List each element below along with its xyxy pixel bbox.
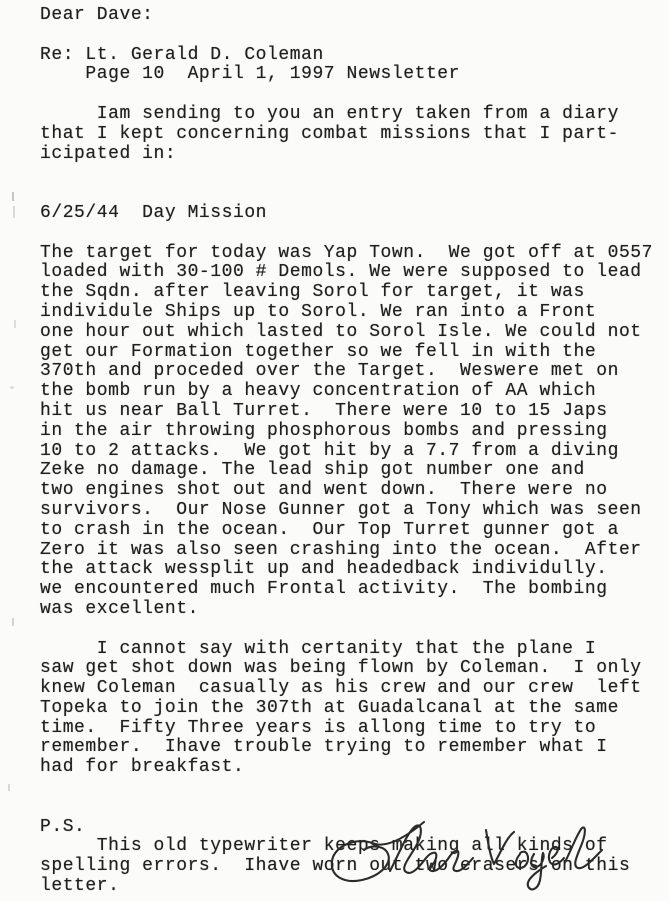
- letter-line-37: remember. Ihave trouble trying to rememb…: [40, 738, 665, 758]
- scan-artifact: [12, 618, 14, 626]
- letter-line-34: knew Coleman casually as his crew and ou…: [40, 679, 665, 699]
- letter-line-9: [40, 184, 665, 204]
- letter-line-23: Zeke no damage. The lead ship got number…: [40, 461, 665, 481]
- scan-artifact: [8, 784, 10, 791]
- letter-line-30: was excellent.: [40, 600, 665, 620]
- signature: [328, 816, 608, 901]
- letter-line-21: in the air throwing phosphorous bombs an…: [40, 422, 665, 442]
- letter-line-38: had for breakfast.: [40, 758, 665, 778]
- letter-line-3: Page 10 April 1, 1997 Newsletter: [40, 65, 665, 85]
- scan-artifact: [13, 206, 15, 218]
- letter-line-32: I cannot say with certanity that the pla…: [40, 640, 665, 660]
- letter-line-12: The target for today was Yap Town. We go…: [40, 244, 665, 264]
- letter-line-8: [40, 164, 665, 184]
- signature-handwriting-icon: [328, 816, 608, 901]
- letter-line-20: hit us near Ball Turret. There were 10 t…: [40, 402, 665, 422]
- letter-line-0: Dear Dave:: [40, 6, 665, 26]
- letter-line-2: Re: Lt. Gerald D. Coleman: [40, 46, 665, 66]
- letter-line-6: that I kept concerning combat missions t…: [40, 125, 665, 145]
- letter-line-10: 6/25/44 Day Mission: [40, 204, 665, 224]
- scan-artifact: [12, 192, 14, 201]
- letter-line-4: [40, 85, 665, 105]
- letter-page: Dear Dave:Re: Lt. Gerald D. Coleman Page…: [0, 0, 669, 901]
- letter-line-33: saw get shot down was being flown by Col…: [40, 659, 665, 679]
- letter-line-11: [40, 224, 665, 244]
- letter-line-29: we encountered much Frontal activity. Th…: [40, 580, 665, 600]
- letter-line-35: Topeka to join the 307th at Guadalcanal …: [40, 699, 665, 719]
- letter-line-7: icipated in:: [40, 145, 665, 165]
- letter-line-40: [40, 798, 665, 818]
- letter-line-28: the attack wessplit up and headedback in…: [40, 560, 665, 580]
- letter-line-15: individule Ships up to Sorol. We ran int…: [40, 303, 665, 323]
- letter-line-24: two engines shot out and went down. Ther…: [40, 481, 665, 501]
- letter-line-1: [40, 26, 665, 46]
- scan-artifact: [10, 386, 14, 389]
- letter-line-36: time. Fifty Three years is allong time t…: [40, 719, 665, 739]
- letter-line-39: [40, 778, 665, 798]
- letter-line-18: 370th and proceded over the Target. Wesw…: [40, 362, 665, 382]
- letter-line-27: Zero it was also seen crashing into the …: [40, 541, 665, 561]
- letter-line-5: Iam sending to you an entry taken from a…: [40, 105, 665, 125]
- letter-line-13: loaded with 30-100 # Demols. We were sup…: [40, 263, 665, 283]
- letter-line-17: get our Formation together so we fell in…: [40, 343, 665, 363]
- letter-line-16: one hour out which lasted to Sorol Isle.…: [40, 323, 665, 343]
- letter-line-25: survivors. Our Nose Gunner got a Tony wh…: [40, 501, 665, 521]
- letter-line-26: to crash in the ocean. Our Top Turret gu…: [40, 521, 665, 541]
- letter-line-31: [40, 620, 665, 640]
- letter-line-14: the Sqdn. after leaving Sorol for target…: [40, 283, 665, 303]
- letter-body: Dear Dave:Re: Lt. Gerald D. Coleman Page…: [40, 6, 665, 897]
- letter-line-22: 10 to 2 attacks. We got hit by a 7.7 fro…: [40, 442, 665, 462]
- letter-line-19: the bomb run by a heavy concentration of…: [40, 382, 665, 402]
- scan-artifact: [14, 320, 16, 328]
